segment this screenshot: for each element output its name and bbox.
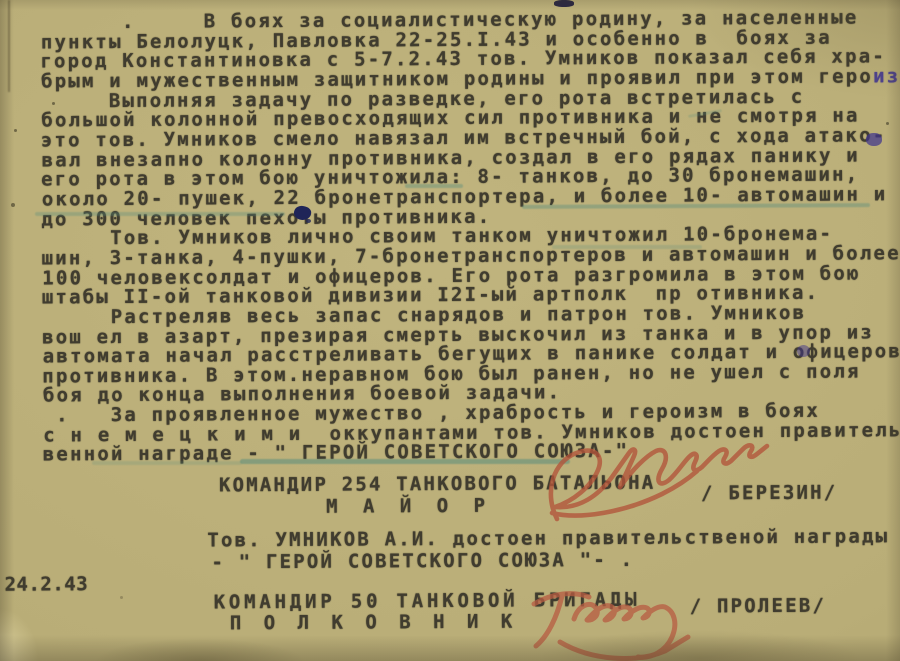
typed-text: Растреляв весь запас снарядов и патрон т… bbox=[42, 302, 806, 329]
paper-speck bbox=[886, 122, 889, 125]
resolution-line-2: - " ГЕРОЙ СОВЕТСКОГО СОЮЗА "- . bbox=[211, 549, 634, 574]
scan-content: . В боях за социалистическую родину, за … bbox=[0, 0, 900, 661]
brigade-commander-title: КОМАНДИР 50 ТАНКОВОЙ БРИГАДЫ bbox=[214, 589, 641, 614]
document-page: . В боях за социалистическую родину, за … bbox=[0, 0, 900, 661]
brigade-commander-rank: П О Л К О В Н И К bbox=[230, 611, 518, 635]
torn-text-mark bbox=[554, 0, 574, 7]
paper-speck bbox=[52, 102, 55, 105]
battalion-commander-rank: М А Й О Р bbox=[326, 495, 492, 518]
teal-underline-hero-title bbox=[240, 459, 570, 464]
document-date: 24.2.43 bbox=[4, 573, 88, 596]
teal-underline-hero-faint bbox=[92, 461, 242, 465]
brigade-commander-name: / ПРОЛЕЕВ/ bbox=[690, 595, 827, 618]
ink-blot-small bbox=[306, 219, 311, 223]
battalion-commander-name: / БЕРЕЗИН/ bbox=[701, 482, 838, 505]
purple-ink-smear bbox=[797, 345, 810, 357]
handwritten-ink-text: изм bbox=[873, 65, 900, 87]
paper-speck bbox=[14, 129, 17, 132]
teal-strike-infantry bbox=[35, 212, 285, 216]
typed-text: боя до конца выполнения боевой задачи. bbox=[43, 382, 561, 407]
paper-speck bbox=[120, 596, 123, 599]
purple-ink-mark bbox=[866, 133, 882, 146]
paper-crease bbox=[8, 0, 10, 92]
typed-body-text: . В боях за социалистическую родину, за … bbox=[40, 8, 900, 466]
paper-speck bbox=[11, 203, 15, 207]
teal-underline-tanks bbox=[405, 184, 463, 188]
teal-smear-destroyed bbox=[552, 245, 702, 249]
resolution-line-1: Тов. УМНИКОВ А.И. достоен правительствен… bbox=[207, 525, 889, 551]
battalion-commander-title: КОМАНДИР 254 ТАНКОВОГО БАТАЛЬОНА bbox=[219, 472, 656, 497]
